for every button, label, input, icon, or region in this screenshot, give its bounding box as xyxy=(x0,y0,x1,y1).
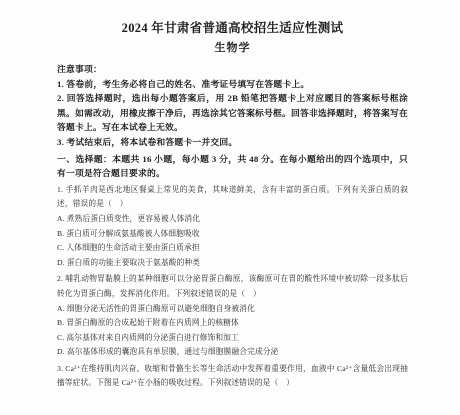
notice-section: 注意事项： 1. 答卷前，考生务必将自己的姓名、准考证号填写在答题卡上。 2. … xyxy=(57,62,408,150)
section-heading: 一、选择题：本题共 16 小题，每小题 3 分，共 48 分。在每小题给出的四个… xyxy=(57,152,408,181)
question-2-option-b: B. 胃蛋白酶原的合成起始于附着在内质网上的核糖体 xyxy=(57,316,408,331)
question-1-option-d: D. 蛋白质的功能主要取决于氨基酸的种类 xyxy=(57,256,408,271)
notice-item-1: 1. 答卷前，考生务必将自己的姓名、准考证号填写在答题卡上。 xyxy=(57,77,408,92)
notice-item-2: 2. 回答选择题时，选出每小题答案后，用 2B 铅笔把答题卡上对应题目的答案标号… xyxy=(57,91,408,135)
notice-heading: 注意事项： xyxy=(57,62,408,77)
question-3-stem: 3. Ca²⁺在维持肌肉兴奋、收缩和骨骼生长等生命活动中发挥着重要作用，血液中 … xyxy=(57,362,408,391)
question-2-option-d: D. 高尔基体形成的囊泡具有单层膜，通过与细胞膜融合完成分泌 xyxy=(57,345,408,360)
question-1: 1. 手抓羊肉是西北地区餐桌上常见的美食，其味道鲜美，含有丰富的蛋白质。下列有关… xyxy=(57,183,408,271)
question-1-stem: 1. 手抓羊肉是西北地区餐桌上常见的美食，其味道鲜美，含有丰富的蛋白质。下列有关… xyxy=(57,183,408,212)
question-2: 2. 哺乳动物胃黏膜上的某种细胞可以分泌胃蛋白酶原，该酶原可在胃的酸性环境中被切… xyxy=(57,272,408,360)
question-1-option-a: A. 煮熟后蛋白质变性，更容易被人体消化 xyxy=(57,212,408,227)
question-2-option-a: A. 细胞分泌无活性的胃蛋白酶原可以避免细胞自身被消化 xyxy=(57,302,408,317)
notice-item-3: 3. 考试结束后，将本试卷和答题卡一并交回。 xyxy=(57,135,408,150)
question-1-option-c: C. 人体细胞的生命活动主要由蛋白质承担 xyxy=(57,241,408,256)
exam-title: 2024 年甘肃省普通高校招生适应性测试 xyxy=(57,20,408,36)
exam-subject: 生物学 xyxy=(57,41,408,55)
question-1-option-b: B. 蛋白质可分解成氨基酸被人体细胞吸收 xyxy=(57,227,408,242)
question-3: 3. Ca²⁺在维持肌肉兴奋、收缩和骨骼生长等生命活动中发挥着重要作用，血液中 … xyxy=(57,362,408,391)
questions-list: 1. 手抓羊肉是西北地区餐桌上常见的美食，其味道鲜美，含有丰富的蛋白质。下列有关… xyxy=(57,183,408,391)
question-2-option-c: C. 高尔基体对来自内质网的分泌蛋白进行修饰和加工 xyxy=(57,331,408,346)
exam-paper-page: 2024 年甘肃省普通高校招生适应性测试 生物学 注意事项： 1. 答卷前，考生… xyxy=(0,0,460,415)
question-2-stem: 2. 哺乳动物胃黏膜上的某种细胞可以分泌胃蛋白酶原，该酶原可在胃的酸性环境中被切… xyxy=(57,272,408,301)
